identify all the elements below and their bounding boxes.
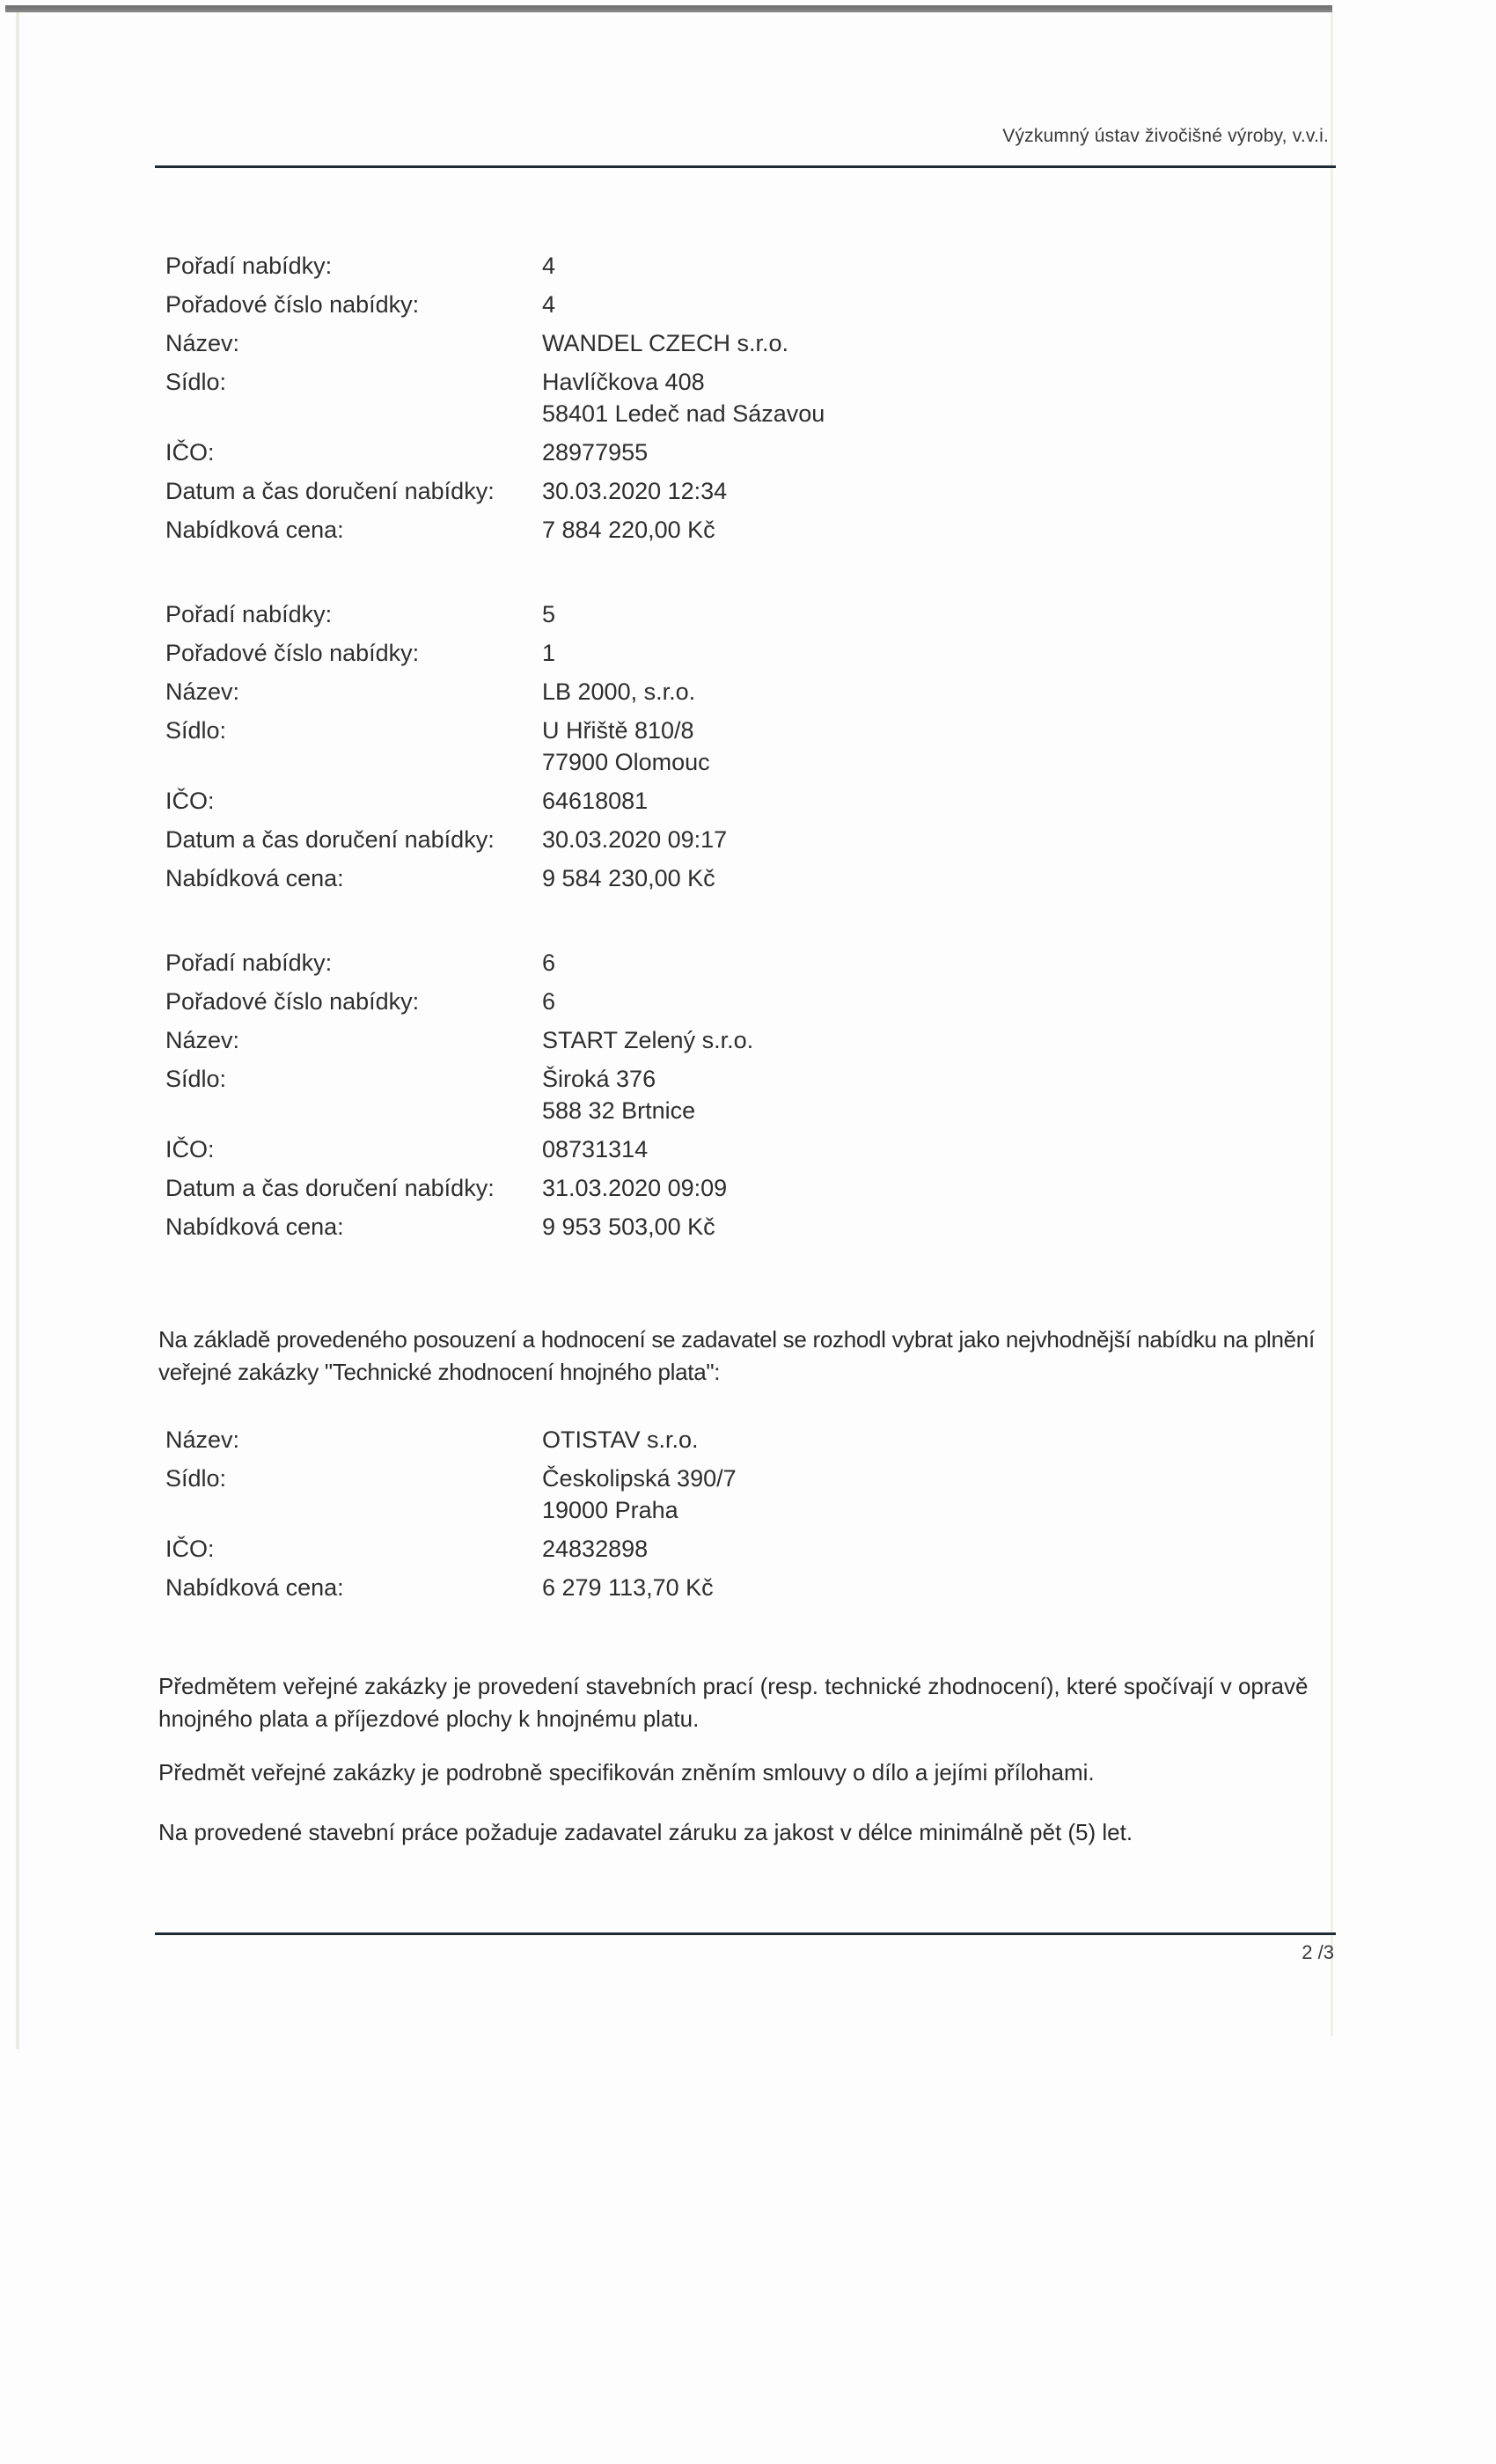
offer-serial-row: Pořadové číslo nabídky: 4 [165,285,825,324]
ico-label: IČO: [165,433,542,472]
name-label: Název: [165,1420,542,1459]
seat-street: Českolipská 390/7 [542,1463,737,1494]
seat-street: U Hřiště 810/8 [542,715,710,746]
ico-label: IČO: [165,781,542,820]
winner-name-row: Název: OTISTAV s.r.o. [165,1420,737,1459]
offer-block: Pořadí nabídky: 4 Pořadové číslo nabídky… [165,246,825,549]
offer-rank-row: Pořadí nabídky: 6 [165,943,753,982]
serial-label: Pořadové číslo nabídky: [165,982,542,1021]
seat-city: 77900 Olomouc [542,746,710,778]
ico-value: 08731314 [542,1130,648,1169]
document-page: Výzkumný ústav živočišné výroby, v.v.i. … [0,0,1496,2464]
offer-name-row: Název: LB 2000, s.r.o. [165,672,727,711]
delivered-value: 31.03.2020 09:09 [542,1169,727,1207]
seat-label: Sídlo: [165,1063,542,1126]
offer-ico-row: IČO: 64618081 [165,781,727,820]
price-label: Nabídková cena: [165,1568,542,1607]
seat-label: Sídlo: [165,1463,542,1526]
ico-value: 28977955 [542,433,648,472]
offer-rank-row: Pořadí nabídky: 4 [165,246,825,285]
winner-seat-row: Sídlo: Českolipská 390/7 19000 Praha [165,1463,737,1526]
price-label: Nabídková cena: [165,510,542,549]
serial-label: Pořadové číslo nabídky: [165,634,542,672]
offer-price-row: Nabídková cena: 7 884 220,00 Kč [165,510,825,549]
seat-street: Havlíčkova 408 [542,366,825,398]
ico-label: IČO: [165,1130,542,1169]
seat-city: 19000 Praha [542,1494,737,1526]
price-value: 7 884 220,00 Kč [542,510,715,549]
delivered-label: Datum a čas doručení nabídky: [165,472,542,510]
name-label: Název: [165,672,542,711]
delivered-label: Datum a čas doručení nabídky: [165,820,542,859]
ico-value: 64618081 [542,781,648,820]
name-label: Název: [165,324,542,363]
offer-delivered-row: Datum a čas doručení nabídky: 30.03.2020… [165,472,825,510]
rank-value: 4 [542,246,555,285]
footer-rule [155,1932,1336,1935]
offer-seat-row: Sídlo: Široká 376 588 32 Brtnice [165,1063,753,1126]
seat-label: Sídlo: [165,366,542,429]
seat-city: 58401 Ledeč nad Sázavou [542,398,825,429]
seat-city: 588 32 Brtnice [542,1095,695,1126]
name-value: WANDEL CZECH s.r.o. [542,324,788,363]
name-label: Název: [165,1021,542,1060]
winner-ico-row: IČO: 24832898 [165,1529,737,1568]
offer-ico-row: IČO: 08731314 [165,1130,753,1169]
delivered-value: 30.03.2020 09:17 [542,820,727,859]
serial-value: 4 [542,285,555,324]
offer-serial-row: Pořadové číslo nabídky: 1 [165,634,727,672]
offer-ico-row: IČO: 28977955 [165,433,825,472]
header-rule [155,165,1336,168]
name-value: LB 2000, s.r.o. [542,672,695,711]
rank-label: Pořadí nabídky: [165,595,542,634]
offer-name-row: Název: WANDEL CZECH s.r.o. [165,324,825,363]
subject-paragraph: Předmětem veřejné zakázky je provedení s… [158,1670,1338,1735]
header-organization: Výzkumný ústav živočišné výroby, v.v.i. [1002,126,1329,147]
name-value: START Zelený s.r.o. [542,1021,753,1060]
offer-delivered-row: Datum a čas doručení nabídky: 31.03.2020… [165,1169,753,1207]
price-label: Nabídková cena: [165,859,542,898]
serial-label: Pořadové číslo nabídky: [165,285,542,324]
seat-value: Široká 376 588 32 Brtnice [542,1063,695,1126]
offer-seat-row: Sídlo: Havlíčkova 408 58401 Ledeč nad Sá… [165,366,825,429]
price-label: Nabídková cena: [165,1207,542,1246]
offer-name-row: Název: START Zelený s.r.o. [165,1021,753,1060]
winner-price-row: Nabídková cena: 6 279 113,70 Kč [165,1568,737,1607]
price-value: 9 584 230,00 Kč [542,859,715,898]
winner-price: 6 279 113,70 Kč [542,1568,714,1607]
price-value: 9 953 503,00 Kč [542,1207,715,1246]
seat-value: U Hřiště 810/8 77900 Olomouc [542,715,710,778]
offer-price-row: Nabídková cena: 9 953 503,00 Kč [165,1207,753,1246]
delivered-value: 30.03.2020 12:34 [542,472,727,510]
warranty-paragraph: Na provedené stavební práce požaduje zad… [158,1816,1338,1849]
rank-value: 5 [542,595,555,634]
winner-ico: 24832898 [542,1529,648,1568]
rank-label: Pořadí nabídky: [165,246,542,285]
offer-rank-row: Pořadí nabídky: 5 [165,595,727,634]
seat-street: Široká 376 [542,1063,695,1095]
decision-paragraph: Na základě provedeného posouzení a hodno… [158,1324,1338,1389]
ico-label: IČO: [165,1529,542,1568]
offer-block: Pořadí nabídky: 5 Pořadové číslo nabídky… [165,595,727,898]
rank-value: 6 [542,943,555,982]
offer-price-row: Nabídková cena: 9 584 230,00 Kč [165,859,727,898]
winner-name: OTISTAV s.r.o. [542,1420,699,1459]
offer-seat-row: Sídlo: U Hřiště 810/8 77900 Olomouc [165,715,727,778]
delivered-label: Datum a čas doručení nabídky: [165,1169,542,1207]
serial-value: 1 [542,634,555,672]
offer-serial-row: Pořadové číslo nabídky: 6 [165,982,753,1021]
offer-block: Pořadí nabídky: 6 Pořadové číslo nabídky… [165,943,753,1246]
seat-label: Sídlo: [165,715,542,778]
seat-value: Havlíčkova 408 58401 Ledeč nad Sázavou [542,366,825,429]
page-number: 2 /3 [1302,1941,1334,1964]
rank-label: Pořadí nabídky: [165,943,542,982]
serial-value: 6 [542,982,555,1021]
specification-paragraph: Předmět veřejné zakázky je podrobně spec… [158,1756,1338,1789]
winner-block: Název: OTISTAV s.r.o. Sídlo: Českolipská… [165,1420,737,1607]
offer-delivered-row: Datum a čas doručení nabídky: 30.03.2020… [165,820,727,859]
winner-seat: Českolipská 390/7 19000 Praha [542,1463,737,1526]
